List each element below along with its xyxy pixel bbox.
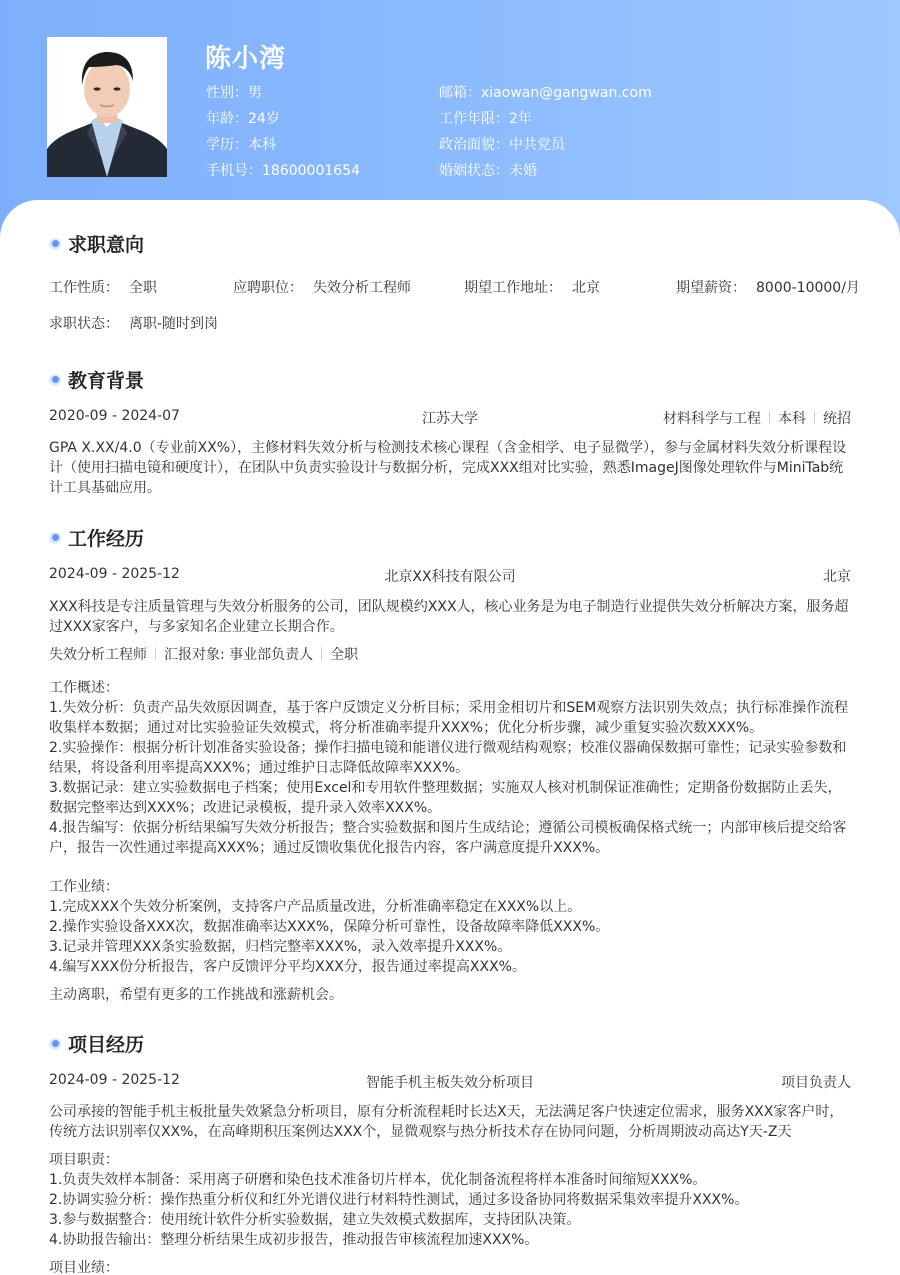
achievement-item: 2.操作实验设备XXX次，数据准确率达XXX%，保障分析可靠性，设备故障率降低X…: [49, 917, 851, 937]
education-header-row: 2020-09 - 2024-07 江苏大学 材料科学与工程本科统招: [49, 408, 851, 428]
project-achievements: 项目业绩：: [49, 1258, 851, 1275]
intent-status: 求职状态：离职-随时到岗: [49, 313, 218, 333]
info-education: 学历：本科: [206, 134, 360, 160]
info-work-years: 工作年限：2年: [439, 108, 652, 134]
project-duties: 项目职责： 1.负责失效样本制备：采用离子研磨和染色技术准备切片样本，优化制备流…: [49, 1150, 851, 1250]
work-achievements: 工作业绩： 1.完成XXX个失效分析案例，支持客户产品质量改进，分析准确率稳定在…: [49, 877, 851, 977]
work-role-row: 失效分析工程师汇报对象: 事业部负责人全职: [49, 644, 851, 664]
intent-position: 应聘职位：失效分析工程师: [233, 277, 411, 297]
bullet-dot-icon: [49, 532, 61, 544]
duty-item: 3.参与数据整合：使用统计软件分析实验数据，建立失效模式数据库，支持团队决策。: [49, 1210, 851, 1230]
work-job-type: 全职: [330, 647, 358, 663]
info-political-status: 政治面貌：中共党员: [439, 134, 652, 160]
overview-item: 1.失效分析：负责产品失效原因调查，基于客户反馈定义分析目标；采用金相切片和SE…: [49, 698, 851, 738]
divider: [321, 647, 322, 660]
company-name: 北京XX科技有限公司: [49, 566, 851, 586]
divider: [769, 411, 770, 424]
project-name: 智能手机主板失效分析项目: [49, 1072, 851, 1092]
bullet-dot-icon: [49, 1038, 61, 1050]
achievement-item: 3.记录并管理XXX条实验数据，归档完整率XXX%，录入效率提升XXX%。: [49, 937, 851, 957]
work-header-row: 2024-09 - 2025-12 北京XX科技有限公司 北京: [49, 566, 851, 586]
overview-item: 3.数据记录：建立实验数据电子档案；使用Excel和专用软件整理数据；实施双人核…: [49, 778, 851, 818]
work-overview: 工作概述： 1.失效分析：负责产品失效原因调查，基于客户反馈定义分析目标；采用金…: [49, 678, 851, 858]
candidate-name: 陈小湾: [205, 38, 286, 75]
achievement-item: 4.编写XXX份分析报告，客户反馈评分平均XXX分，报告通过率提高XXX%。: [49, 957, 851, 977]
portrait-icon: [47, 37, 167, 177]
section-title-intent: 求职意向: [49, 230, 144, 257]
duty-item: 1.负责失效样本制备：采用离子研磨和染色技术准备切片样本，优化制备流程将样本准备…: [49, 1170, 851, 1190]
achievement-item: 1.完成XXX个失效分析案例，支持客户产品质量改进，分析准确率稳定在XXX%以上…: [49, 897, 851, 917]
overview-item: 2.实验操作：根据分析计划准备实验设备；操作扫描电镜和能谱仪进行微观结构观察；校…: [49, 738, 851, 778]
info-email: 邮箱：xiaowan@gangwan.com: [439, 82, 652, 108]
company-description: XXX科技是专注质量管理与失效分析服务的公司，团队规模约XXX人，核心业务是为电…: [49, 597, 851, 637]
work-city: 北京: [823, 566, 851, 586]
education-description: GPA X.XX/4.0（专业前XX%），主修材料失效分析与检测技术核心课程（含…: [49, 438, 851, 498]
info-marital-status: 婚姻状态：未婚: [439, 160, 652, 186]
bullet-dot-icon: [49, 238, 61, 250]
info-phone: 手机号：18600001654: [206, 160, 360, 186]
intent-location: 期望工作地址：北京: [464, 277, 600, 297]
intent-salary: 期望薪资：8000-10000/月: [676, 277, 860, 297]
overview-item: 4.报告编写：依据分析结果编写失效分析报告；整合实验数据和图片生成结论；遵循公司…: [49, 818, 851, 858]
project-header-row: 2024-09 - 2025-12 智能手机主板失效分析项目 项目负责人: [49, 1072, 851, 1092]
leave-reason: 主动离职，希望有更多的工作挑战和涨薪机会。: [49, 985, 851, 1005]
degree: 本科: [778, 411, 806, 427]
section-title-work: 工作经历: [49, 524, 144, 551]
intent-job-type: 工作性质：全职: [49, 277, 157, 297]
basic-info-right: 邮箱：xiaowan@gangwan.com 工作年限：2年 政治面貌：中共党员…: [439, 82, 652, 186]
info-gender: 性别：男: [206, 82, 360, 108]
major: 材料科学与工程: [663, 411, 761, 427]
duty-item: 2.协调实验分析：操作热重分析仪和红外光谱仪进行材料特性测试，通过多设备协同将数…: [49, 1190, 851, 1210]
enrollment-type: 统招: [823, 411, 851, 427]
basic-info-left: 性别：男 年龄：24岁 学历：本科 手机号：18600001654: [206, 82, 360, 186]
section-title-education: 教育背景: [49, 366, 144, 393]
duty-item: 4.协助报告输出：整理分析结果生成初步报告，推动报告审核流程加速XXX%。: [49, 1230, 851, 1250]
divider: [814, 411, 815, 424]
divider: [155, 647, 156, 660]
avatar-photo: [47, 37, 167, 177]
work-role: 失效分析工程师: [49, 647, 147, 663]
report-to: 汇报对象: 事业部负责人: [164, 647, 313, 663]
bullet-dot-icon: [49, 374, 61, 386]
education-meta: 材料科学与工程本科统招: [663, 408, 851, 428]
section-title-project: 项目经历: [49, 1030, 144, 1057]
project-role: 项目负责人: [781, 1072, 851, 1092]
info-age: 年龄：24岁: [206, 108, 360, 134]
project-description: 公司承接的智能手机主板批量失效紧急分析项目，原有分析流程耗时长达X天，无法满足客…: [49, 1102, 851, 1142]
